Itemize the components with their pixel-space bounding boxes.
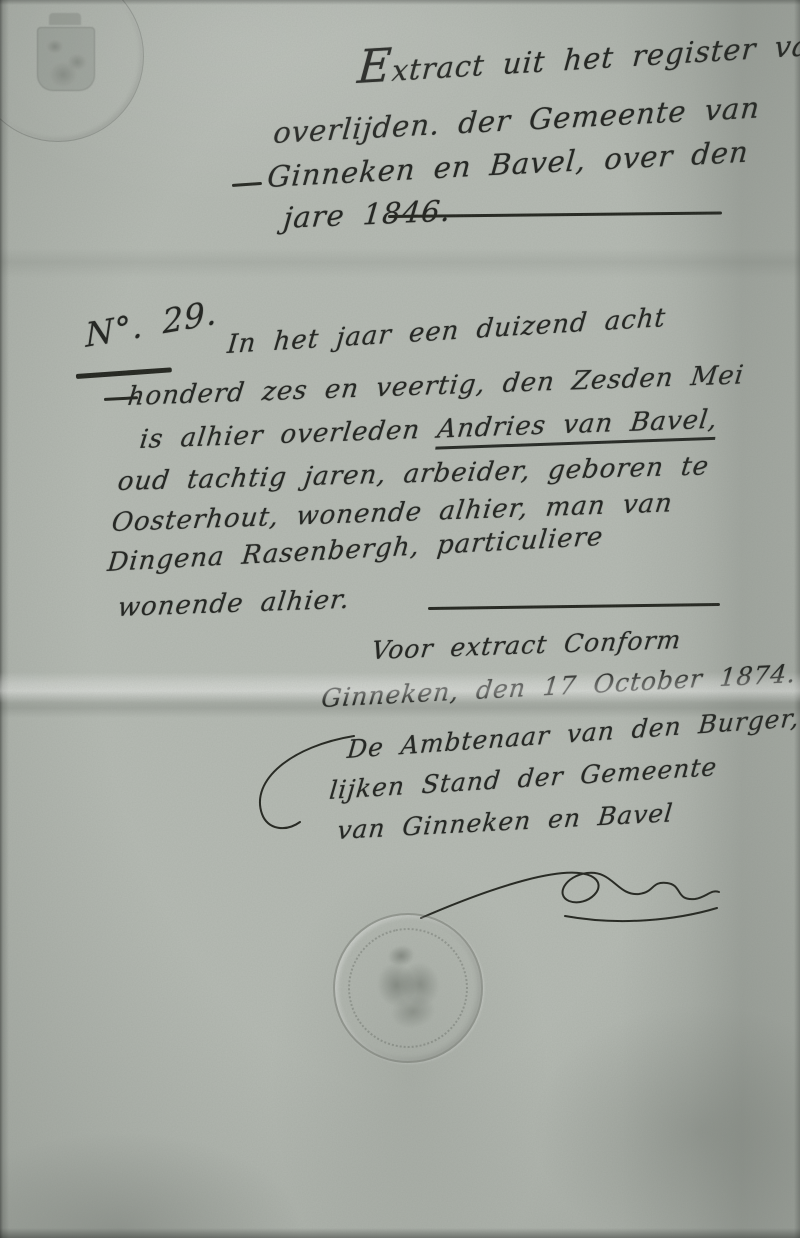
- body-closing-rule: [428, 603, 720, 610]
- closing-line-3: De Ambtenaar van den Burger,: [346, 703, 800, 764]
- closing-line-5: van Ginneken en Bavel: [336, 798, 675, 845]
- seal-shield-icon: [37, 27, 95, 91]
- body-line-3-prefix: is alhier overleden: [138, 414, 439, 455]
- seal-crown-icon: [49, 13, 81, 25]
- signature-flourish: [415, 856, 725, 931]
- header-line-1: Extract uit het register van: [356, 27, 800, 90]
- body-line-2: honderd zes en veertig, den Zesden Mei: [126, 360, 746, 412]
- pen-dash: [232, 182, 262, 187]
- closing-line-2: Ginneken, den 17 October 1874.: [320, 659, 798, 713]
- deceased-name-underlined: Andries van Bavel,: [435, 405, 720, 450]
- scanned-death-register-extract: Extract uit het register van overlijden.…: [0, 0, 800, 1238]
- embossed-crest-seal: [0, 0, 144, 142]
- act-number-underline: [76, 367, 172, 379]
- body-line-7: wonende alhier.: [116, 585, 352, 623]
- body-line-3: is alhier overleden Andries van Bavel,: [138, 405, 720, 455]
- act-number: N°. 29.: [85, 292, 218, 355]
- body-line-1: In het jaar een duizend acht: [226, 303, 667, 360]
- closing-line-1: Voor extract Conform: [370, 625, 683, 665]
